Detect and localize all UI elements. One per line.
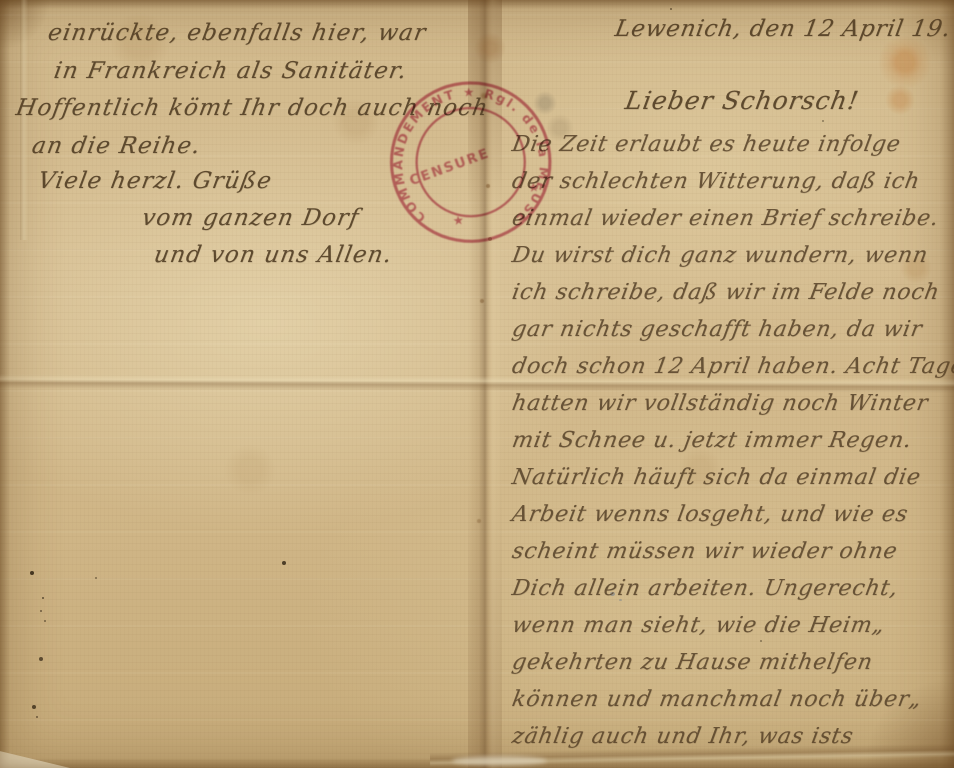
letter-scan: einrückte, ebenfalls hier, war in Frankr…	[0, 0, 954, 768]
edge-vignette	[0, 0, 954, 768]
